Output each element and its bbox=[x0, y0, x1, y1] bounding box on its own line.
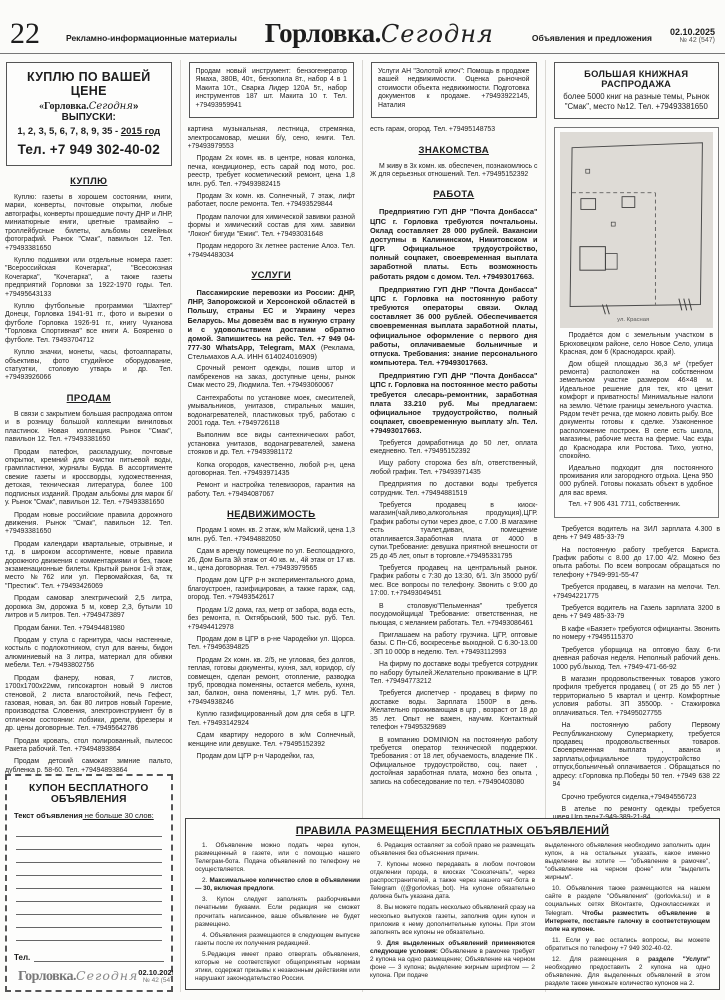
framed-ad-text: Продам новый инструмент: бензогенератор … bbox=[196, 68, 348, 110]
classified-ad: На постоянную работу требуется Бариста. … bbox=[553, 547, 721, 581]
classified-ad: Куплю подшивки или отдельные номера газе… bbox=[5, 257, 173, 299]
rule-item: 8. Вы можете подать несколько объявлений… bbox=[370, 904, 535, 936]
book-sale-framed-ad: БОЛЬШАЯ КНИЖНАЯ РАСПРОДАЖА более 5000 кн… bbox=[554, 62, 720, 119]
coupon-instruction-underline: не больше 30 слов: bbox=[83, 811, 154, 820]
house-ad-paragraph: Идеально подходит для постоянного прожив… bbox=[560, 465, 714, 499]
logo-script-text: Сегодня bbox=[381, 20, 494, 48]
uslugi-ads-list: Срочный ремонт одежды, пошив штор и ламб… bbox=[188, 365, 356, 499]
plan-street-label: ул. Красная bbox=[617, 317, 649, 323]
rule-item: 10. Объявления также размещаются на наше… bbox=[545, 885, 710, 933]
column-1-flow: КУПЛЮ ПО ВАШЕЙ ЦЕНЕ «Горловка.Сегодня» В… bbox=[5, 60, 173, 774]
coupon-logo: Горловка.Сегодня bbox=[18, 967, 138, 985]
framed-ad-line3-pre: 1, 2, 3, 5, 6, 7, 8, 9, 35 - bbox=[17, 126, 121, 137]
classified-ad: Требуется водитель на Газель зарплата 32… bbox=[553, 605, 721, 622]
classified-ad: Требуется диспетчер - продавец в фирму п… bbox=[370, 690, 538, 732]
coupon-title: КУПОН БЕСПЛАТНОГО ОБЪЯВЛЕНИЯ bbox=[14, 783, 164, 805]
book-sale-body: более 5000 книг на разные темы, Рынок "С… bbox=[560, 92, 714, 112]
coupon-logo-main: Горловка. bbox=[18, 969, 76, 984]
coupon-blank-line bbox=[16, 889, 162, 902]
classified-ad: Продам 1/2 дома, газ, метр от забора, во… bbox=[188, 607, 356, 632]
classified-ad: Продам дом в ЦГР в р-не Чародейки ул. Що… bbox=[188, 636, 356, 653]
classified-ad: На постоянную работу Первому Республикан… bbox=[553, 722, 721, 789]
rule-item: 9. Для выделенных объявлений применяются… bbox=[370, 940, 535, 980]
rule-item: 1. Объявление можно подать через купон, … bbox=[195, 842, 360, 874]
coupon-phone-label: Тел. bbox=[14, 953, 30, 962]
section-heading-kuplyu: КУПЛЮ bbox=[5, 176, 173, 187]
classified-ad: Продам календари квартальные, отрывные, … bbox=[5, 541, 173, 592]
rule-item: 5.Редакция имеет право отвергать объявле… bbox=[195, 951, 360, 983]
kuplyu-ads-list: Куплю: газеты в хорошем состоянии, книги… bbox=[5, 194, 173, 383]
header-left-label: Рекламно-информационные материалы bbox=[66, 33, 237, 43]
framed-ad-line3-underline: 2015 год bbox=[121, 126, 160, 137]
classified-ad: Куплю футбольные программки "Шахтер" Дон… bbox=[5, 303, 173, 345]
tools-framed-ad: Продам новый инструмент: бензогенератор … bbox=[189, 62, 355, 118]
house-ad-paragraph: Продаётся дом с земельным участком в Брю… bbox=[560, 332, 714, 357]
coupon-blank-line bbox=[16, 850, 162, 863]
coupon-date: 02.10.2025 bbox=[138, 968, 172, 977]
classified-ad: Продам дом ЦГР р-н Чародейки, газ, bbox=[188, 753, 356, 761]
issue-block: 02.10.2025 № 42 (547) bbox=[670, 27, 715, 44]
classified-ad: Продам фанеру, новая, 7 листов, 1700х170… bbox=[5, 675, 173, 734]
classified-ad: Сдам квартиру недорого в ж/м Солнечный, … bbox=[188, 732, 356, 749]
rules-column-1: 1. Объявление можно подать через купон, … bbox=[195, 842, 360, 990]
house-sale-framed-ad: ул. Красная Продаётся дом с земельным уч… bbox=[554, 127, 720, 517]
column-1: КУПЛЮ ПО ВАШЕЙ ЦЕНЕ «Горловка.Сегодня» В… bbox=[5, 60, 173, 992]
znakomstva-ads-list: М живу в 3х комн. кв. обеспечен, познако… bbox=[370, 163, 538, 180]
classified-ad: Выполним все виды сантехнических работ, … bbox=[188, 432, 356, 457]
rule-item: 11. Если у вас остались вопросы, вы може… bbox=[545, 937, 710, 953]
classified-ad: В связи с закрытием большая распродажа о… bbox=[5, 411, 173, 445]
classified-ad: Копка огородов, качественно, любой р-н, … bbox=[188, 462, 356, 479]
rules-column-3: выделенного объявления необходимо заполн… bbox=[545, 842, 710, 990]
rabota-ads-list: Требуется домработница до 50 лет, оплата… bbox=[370, 440, 538, 788]
framed-ad-line1: КУПЛЮ ПО ВАШЕЙ ЦЕНЕ bbox=[11, 70, 167, 98]
issue-number: № 42 (547) bbox=[670, 37, 715, 44]
classified-ad: В компанию DOMINION на постоянную работу… bbox=[370, 737, 538, 788]
framed-ad-text: Услуги АН "Золотой ключ": Помощь в прода… bbox=[378, 68, 530, 110]
continuation-ad: картина музыкальная, лестница, стремянка… bbox=[188, 126, 356, 151]
classified-ad: Сдам в аренду помещение по ул. Беспощадн… bbox=[188, 548, 356, 573]
classified-ad: Предприятия по доставки воды требуется с… bbox=[370, 481, 538, 498]
classified-ad: Сантехработы по установке моек, смесител… bbox=[188, 395, 356, 429]
issue-date: 02.10.2025 bbox=[670, 27, 715, 37]
coupon-blank-line bbox=[16, 863, 162, 876]
classified-ad: На фирму по доставке воды требуется сотр… bbox=[370, 661, 538, 686]
classified-ad: Требуется продавец, в магазин на мелочи.… bbox=[553, 584, 721, 601]
rules-column-3-items: 10. Объявления также размещаются на наше… bbox=[545, 885, 710, 988]
framed-ad-line3: 1, 2, 3, 5, 6, 7, 8, 9, 35 - 2015 год bbox=[11, 126, 167, 137]
prodam-ads-list: В связи с закрытием большая распродажа о… bbox=[5, 411, 173, 774]
continuation-ad: есть гараж, огород. Тел. +79495148753 bbox=[370, 126, 538, 134]
rule-item: 12. Для размещения в разделе "Услуги" не… bbox=[545, 956, 710, 988]
house-ad-paragraphs: Продаётся дом с земельным участком в Брю… bbox=[560, 332, 714, 509]
classified-ad: Требуется водитель на ЗИЛ зарплата 4.300… bbox=[553, 526, 721, 543]
section-heading-prodam: ПРОДАМ bbox=[5, 393, 173, 404]
framed-ad-phone: Тел. +7 949 302-40-02 bbox=[11, 142, 167, 157]
classified-ad: Ищу работу сторожа без в/п, ответственны… bbox=[370, 460, 538, 477]
framed-ad-line2-pre: «Горловка. bbox=[39, 101, 89, 112]
rule-item: 3. Купон следует заполнять разборчивыми … bbox=[195, 896, 360, 928]
section-heading-znakomstva: ЗНАКОМСТВА bbox=[370, 145, 538, 156]
col2-ads-list: Продам 2х комн. кв. в центре, новая коло… bbox=[188, 155, 356, 260]
coupon-blank-line bbox=[16, 902, 162, 915]
coupon-blank-line bbox=[16, 928, 162, 941]
coupon-issue-number: № 42 (547) bbox=[138, 977, 172, 984]
framed-ad-line2-script: Сегодня bbox=[89, 101, 133, 112]
coupon-phone-blank bbox=[34, 950, 163, 962]
land-plot-plan-image: ул. Красная bbox=[560, 132, 714, 328]
bold-classified-ad: Предприятию ГУП ДНР "Почта Донбасса" ЦПС… bbox=[370, 371, 538, 435]
page-header: 22 Рекламно-информационные материалы Гор… bbox=[0, 0, 725, 54]
classified-ad: Требуется продавец на центральный рынок.… bbox=[370, 565, 538, 599]
book-sale-title: БОЛЬШАЯ КНИЖНАЯ РАСПРОДАЖА bbox=[560, 69, 714, 89]
classified-ad: Куплю значки, монеты, часы, фотоаппараты… bbox=[5, 349, 173, 383]
classified-ad: Продам самовар электрический 2,5 литра, … bbox=[5, 595, 173, 620]
classified-ad: В кафе «Баязет» требуются официанты. Зво… bbox=[553, 626, 721, 643]
newspaper-logo: Горловка.Сегодня bbox=[237, 18, 522, 49]
classified-ad: Продам у стула с гарнитура, часы настенн… bbox=[5, 637, 173, 671]
classified-ad: Продам патефон, раскладушку, почтовые от… bbox=[5, 449, 173, 508]
classified-ad: Продам новые российские правила дорожног… bbox=[5, 512, 173, 537]
house-ad-paragraph: Тел. +7 906 431 7711, собственник. bbox=[560, 501, 714, 509]
rabota-bold-ads-list: Предприятию ГУП ДНР "Почта Донбасса" ЦПС… bbox=[370, 207, 538, 435]
coupon-blank-line bbox=[16, 876, 162, 889]
header-right-label: Объявления и предложения bbox=[532, 33, 652, 43]
coupon-issue-block: 02.10.2025 № 42 (547) bbox=[138, 968, 172, 984]
classified-ad: Требуется уборщица на оптовую базу. 6-ти… bbox=[553, 647, 721, 672]
section-heading-uslugi: УСЛУГИ bbox=[188, 270, 356, 281]
classified-ad: Продам дом ЦГР р-н экспериментального до… bbox=[188, 577, 356, 602]
classified-ad: Продам банки. Тел. +79494481980 bbox=[5, 625, 173, 633]
col4-job-ads-list: Требуется водитель на ЗИЛ зарплата 4.300… bbox=[553, 526, 721, 852]
rule-item: 4. Объявления размещаются в следующем вы… bbox=[195, 932, 360, 948]
section-heading-rabota: РАБОТА bbox=[370, 189, 538, 200]
rule-item: 7. Купоны можно передавать в любом почто… bbox=[370, 861, 535, 901]
classified-ad: М живу в 3х комн. кв. обеспечен, познако… bbox=[370, 163, 538, 180]
classified-ad: В магазин продовольственных товаров узко… bbox=[553, 676, 721, 718]
classified-ad: Требуется домработница до 50 лет, оплата… bbox=[370, 440, 538, 457]
classified-ad: Срочно требуются сиделка,+79494556723 bbox=[553, 794, 721, 802]
classified-ad: Ремонт и настройка телевизоров, гарантия… bbox=[188, 482, 356, 499]
classified-ad: Приглашаем на работу грузчика. ЦГР, опто… bbox=[370, 632, 538, 657]
realty-agency-framed-ad: Услуги АН "Золотой ключ": Помощь в прода… bbox=[371, 62, 537, 118]
coupon-blank-line bbox=[16, 824, 162, 837]
house-ad-paragraph: Дом общей площадью 36,3 м² (требует ремо… bbox=[560, 361, 714, 462]
nedvizhimost-ads-list: Продам 1 комн. кв. 2 этаж, ж/м Майский, … bbox=[188, 527, 356, 761]
coupon-instruction: Текст объявления не больше 30 слов: bbox=[14, 811, 164, 820]
classified-ad: Продам 1 комн. кв. 2 этаж, ж/м Майский, … bbox=[188, 527, 356, 544]
free-ads-rules-box: ПРАВИЛА РАЗМЕЩЕНИЯ БЕСПЛАТНЫХ ОБЪЯВЛЕНИЙ… bbox=[185, 818, 720, 990]
classified-ad: В столовую"Пельменная" требуется посудом… bbox=[370, 603, 538, 628]
bold-classified-ad: Предприятию ГУП ДНР "Почта Донбасса" ЦПС… bbox=[370, 207, 538, 280]
rules-columns: 1. Объявление можно подать через купон, … bbox=[195, 842, 710, 990]
bold-classified-ad: Предприятию ГУП ДНР "Почта Донбасса" ЦПС… bbox=[370, 285, 538, 368]
classified-ad: Продам 2х комн. кв. 2/5, не угловая, без… bbox=[188, 657, 356, 708]
rule-item: 2. Максимальное количество слов в объявл… bbox=[195, 877, 360, 893]
classified-ad: Продам палочки для химической завивки ра… bbox=[188, 214, 356, 239]
coupon-footer: Горловка.Сегодня 02.10.2025 № 42 (547) bbox=[14, 967, 164, 985]
classified-ad: Требуется продавец в киоск-магазин(чай,п… bbox=[370, 502, 538, 561]
rules-title: ПРАВИЛА РАЗМЕЩЕНИЯ БЕСПЛАТНЫХ ОБЪЯВЛЕНИЙ bbox=[195, 825, 710, 837]
coupon-phone-row: Тел. bbox=[14, 950, 164, 962]
framed-ad-line2: «Горловка.Сегодня» ВЫПУСКИ: bbox=[11, 101, 167, 123]
classified-ad: Куплю: газеты в хорошем состоянии, книги… bbox=[5, 194, 173, 253]
coupon-blank-line bbox=[16, 837, 162, 850]
buy-issues-framed-ad: КУПЛЮ ПО ВАШЕЙ ЦЕНЕ «Горловка.Сегодня» В… bbox=[6, 62, 172, 166]
coupon-blank-line bbox=[16, 915, 162, 928]
logo-main-text: Горловка. bbox=[265, 18, 381, 48]
rule-item: 6. Редакция оставляет за собой право не … bbox=[370, 842, 535, 858]
classified-ad: Срочный ремонт одежды, пошив штор и ламб… bbox=[188, 365, 356, 390]
free-ad-coupon: КУПОН БЕСПЛАТНОГО ОБЪЯВЛЕНИЯ Текст объяв… bbox=[5, 774, 173, 992]
classified-ad: Продам детский самокат зимние пальто, ду… bbox=[5, 758, 173, 774]
classified-ad: Продам кровать, стол полированный, пылес… bbox=[5, 738, 173, 755]
classified-ad: Продам недорого 3х летнее растение Алоэ.… bbox=[188, 243, 356, 260]
newspaper-page: 22 Рекламно-информационные материалы Гор… bbox=[0, 0, 725, 1000]
coupon-logo-script: Сегодня bbox=[76, 968, 138, 983]
page-number: 22 bbox=[10, 19, 40, 49]
rule-item-continuation: выделенного объявления необходимо заполн… bbox=[545, 842, 710, 882]
classified-ad: Продам 2х комн. кв. в центре, новая коло… bbox=[188, 155, 356, 189]
passenger-transfer-bold-ad: Пассажирские перевозки из России: ДНР, Л… bbox=[188, 288, 356, 361]
classified-ad: Продам 3х комн. кв. Солнечный, 7 этаж, л… bbox=[188, 193, 356, 210]
classified-ad: Куплю газифицированный дом для себя в ЦГ… bbox=[188, 711, 356, 728]
coupon-instruction-bold: Текст объявления bbox=[14, 811, 83, 820]
rules-column-2: 6. Редакция оставляет за собой право не … bbox=[370, 842, 535, 990]
section-heading-nedvizhimost: НЕДВИЖИМОСТЬ bbox=[188, 509, 356, 520]
